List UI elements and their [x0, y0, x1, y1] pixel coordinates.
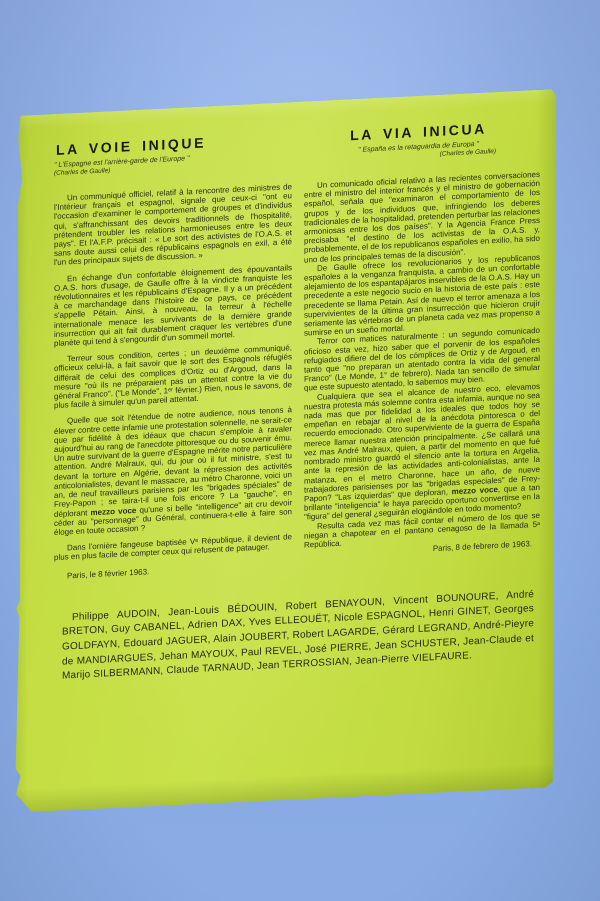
paragraph: Un comunicado oficial relativo a las rec… [304, 170, 540, 265]
spanish-paragraphs: Un comunicado oficial relativo a las rec… [304, 170, 540, 550]
paragraph: Terreur sous condition, certes ; un deux… [54, 343, 292, 410]
spanish-article-header: LA VIA INICUA " España es la retaguardia… [297, 118, 540, 166]
paragraph: Cualquiera que sea el alcance de nuestro… [304, 381, 540, 522]
paragraph: Quelle que soit l'étendue de notre audie… [54, 406, 292, 537]
spanish-column: Un comunicado oficial relativo a las rec… [304, 170, 540, 575]
french-paragraphs: Un communiqué officiel, relatif à la ren… [54, 182, 292, 562]
photo-background: LA VOIE INIQUE " L'Espagne est l'arrière… [0, 0, 600, 901]
titles-row: LA VOIE INIQUE " L'Espagne est l'arrière… [54, 118, 540, 178]
french-dateline: Paris, le 8 février 1963. [54, 560, 292, 581]
page-content: LA VOIE INIQUE " L'Espagne est l'arrière… [14, 89, 556, 814]
paragraph: Dans l'ornière fangeuse baptisée Vᵉ Répu… [54, 532, 292, 562]
tract-page: LA VOIE INIQUE " L'Espagne est l'arrière… [14, 89, 556, 814]
paragraph: En échange d'un confortable éloignement … [54, 263, 292, 348]
text-columns: Un communiqué officiel, relatif à la ren… [54, 170, 540, 588]
paragraph: De Gaulle ofrece los revolucionarios y l… [304, 253, 540, 338]
french-article-header: LA VOIE INIQUE " L'Espagne est l'arrière… [54, 130, 297, 178]
paragraph: Un communiqué officiel, relatif à la ren… [54, 182, 292, 267]
signatories-list: Philippe AUDOIN, Jean-Louis BÉDOUIN, Rob… [62, 588, 534, 684]
french-column: Un communiqué officiel, relatif à la ren… [54, 182, 292, 588]
